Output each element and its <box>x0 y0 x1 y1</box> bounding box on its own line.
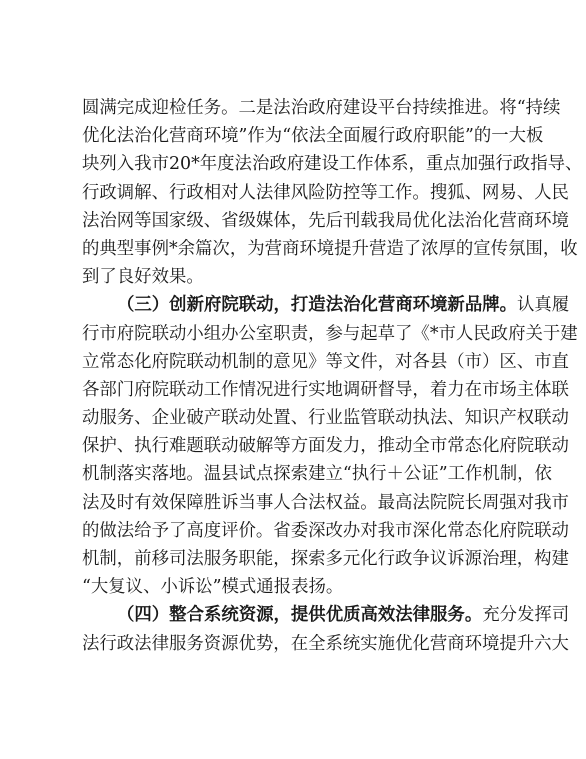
text-line: 立常态化府院联动机制的意见》等文件，对各县（市）区、市直 <box>82 348 514 376</box>
text-line: “大复议、小诉讼”模式通报表扬。 <box>82 573 514 601</box>
paragraph-legal-services: （四）整合系统资源，提供优质高效法律服务。充分发挥司 法行政法律服务资源优势，在… <box>82 601 514 657</box>
text-line: 法行政法律服务资源优势，在全系统实施优化营商环境提升六大 <box>82 630 514 658</box>
text-line: 机制，前移司法服务职能，探索多元化行政争议诉源治理，构建 <box>82 545 514 573</box>
text-line: 各部门府院联动工作情况进行实地调研督导，着力在市场主体联 <box>82 376 514 404</box>
text-line: 的典型事例*余篇次，为营商环境提升营造了浓厚的宣传氛围，收 <box>82 235 514 263</box>
document-body: 圆满完成迎检任务。二是法治政府建设平台持续推进。将“持续 优化法治化营商环境”作… <box>82 94 514 658</box>
document-page: 圆满完成迎检任务。二是法治政府建设平台持续推进。将“持续 优化法治化营商环境”作… <box>0 0 586 759</box>
text-line: 机制落实落地。温县试点探索建立“执行＋公证”工作机制，依 <box>82 460 514 488</box>
section-heading-four: （四）整合系统资源，提供优质高效法律服务。 <box>117 605 482 625</box>
text-line: 行政调解、行政相对人法律风险防控等工作。搜狐、网易、人民 <box>82 179 514 207</box>
text-line: 圆满完成迎检任务。二是法治政府建设平台持续推进。将“持续 <box>82 94 514 122</box>
paragraph-court-government-linkage: （三）创新府院联动，打造法治化营商环境新品牌。认真履 行市府院联动小组办公室职责… <box>82 291 514 601</box>
text-run: 充分发挥司 <box>482 605 569 625</box>
text-line: 法治网等国家级、省级媒体，先后刊载我局优化法治化营商环境 <box>82 207 514 235</box>
text-line: 法及时有效保障胜诉当事人合法权益。最高法院院长周强对我市 <box>82 489 514 517</box>
text-line: 保护、执行难题联动破解等方面发力，推动全市常态化府院联动 <box>82 432 514 460</box>
paragraph-platform-construction: 圆满完成迎检任务。二是法治政府建设平台持续推进。将“持续 优化法治化营商环境”作… <box>82 94 514 291</box>
text-run: 认真履 <box>517 295 569 315</box>
section-heading-three: （三）创新府院联动，打造法治化营商环境新品牌。 <box>117 295 517 315</box>
text-line: 的做法给予了高度评价。省委深改办对我市深化常态化府院联动 <box>82 517 514 545</box>
text-line: 优化法治化营商环境”作为“依法全面履行政府职能”的一大板 <box>82 122 514 150</box>
text-line: 动服务、企业破产联动处置、行业监管联动执法、知识产权联动 <box>82 404 514 432</box>
paragraph-first-line: （四）整合系统资源，提供优质高效法律服务。充分发挥司 <box>82 601 514 629</box>
paragraph-first-line: （三）创新府院联动，打造法治化营商环境新品牌。认真履 <box>82 291 514 319</box>
text-line: 行市府院联动小组办公室职责，参与起草了《*市人民政府关于建 <box>82 320 514 348</box>
text-line: 到了良好效果。 <box>82 263 514 291</box>
text-line: 块列入我市20*年度法治政府建设工作体系，重点加强行政指导、 <box>82 150 514 178</box>
